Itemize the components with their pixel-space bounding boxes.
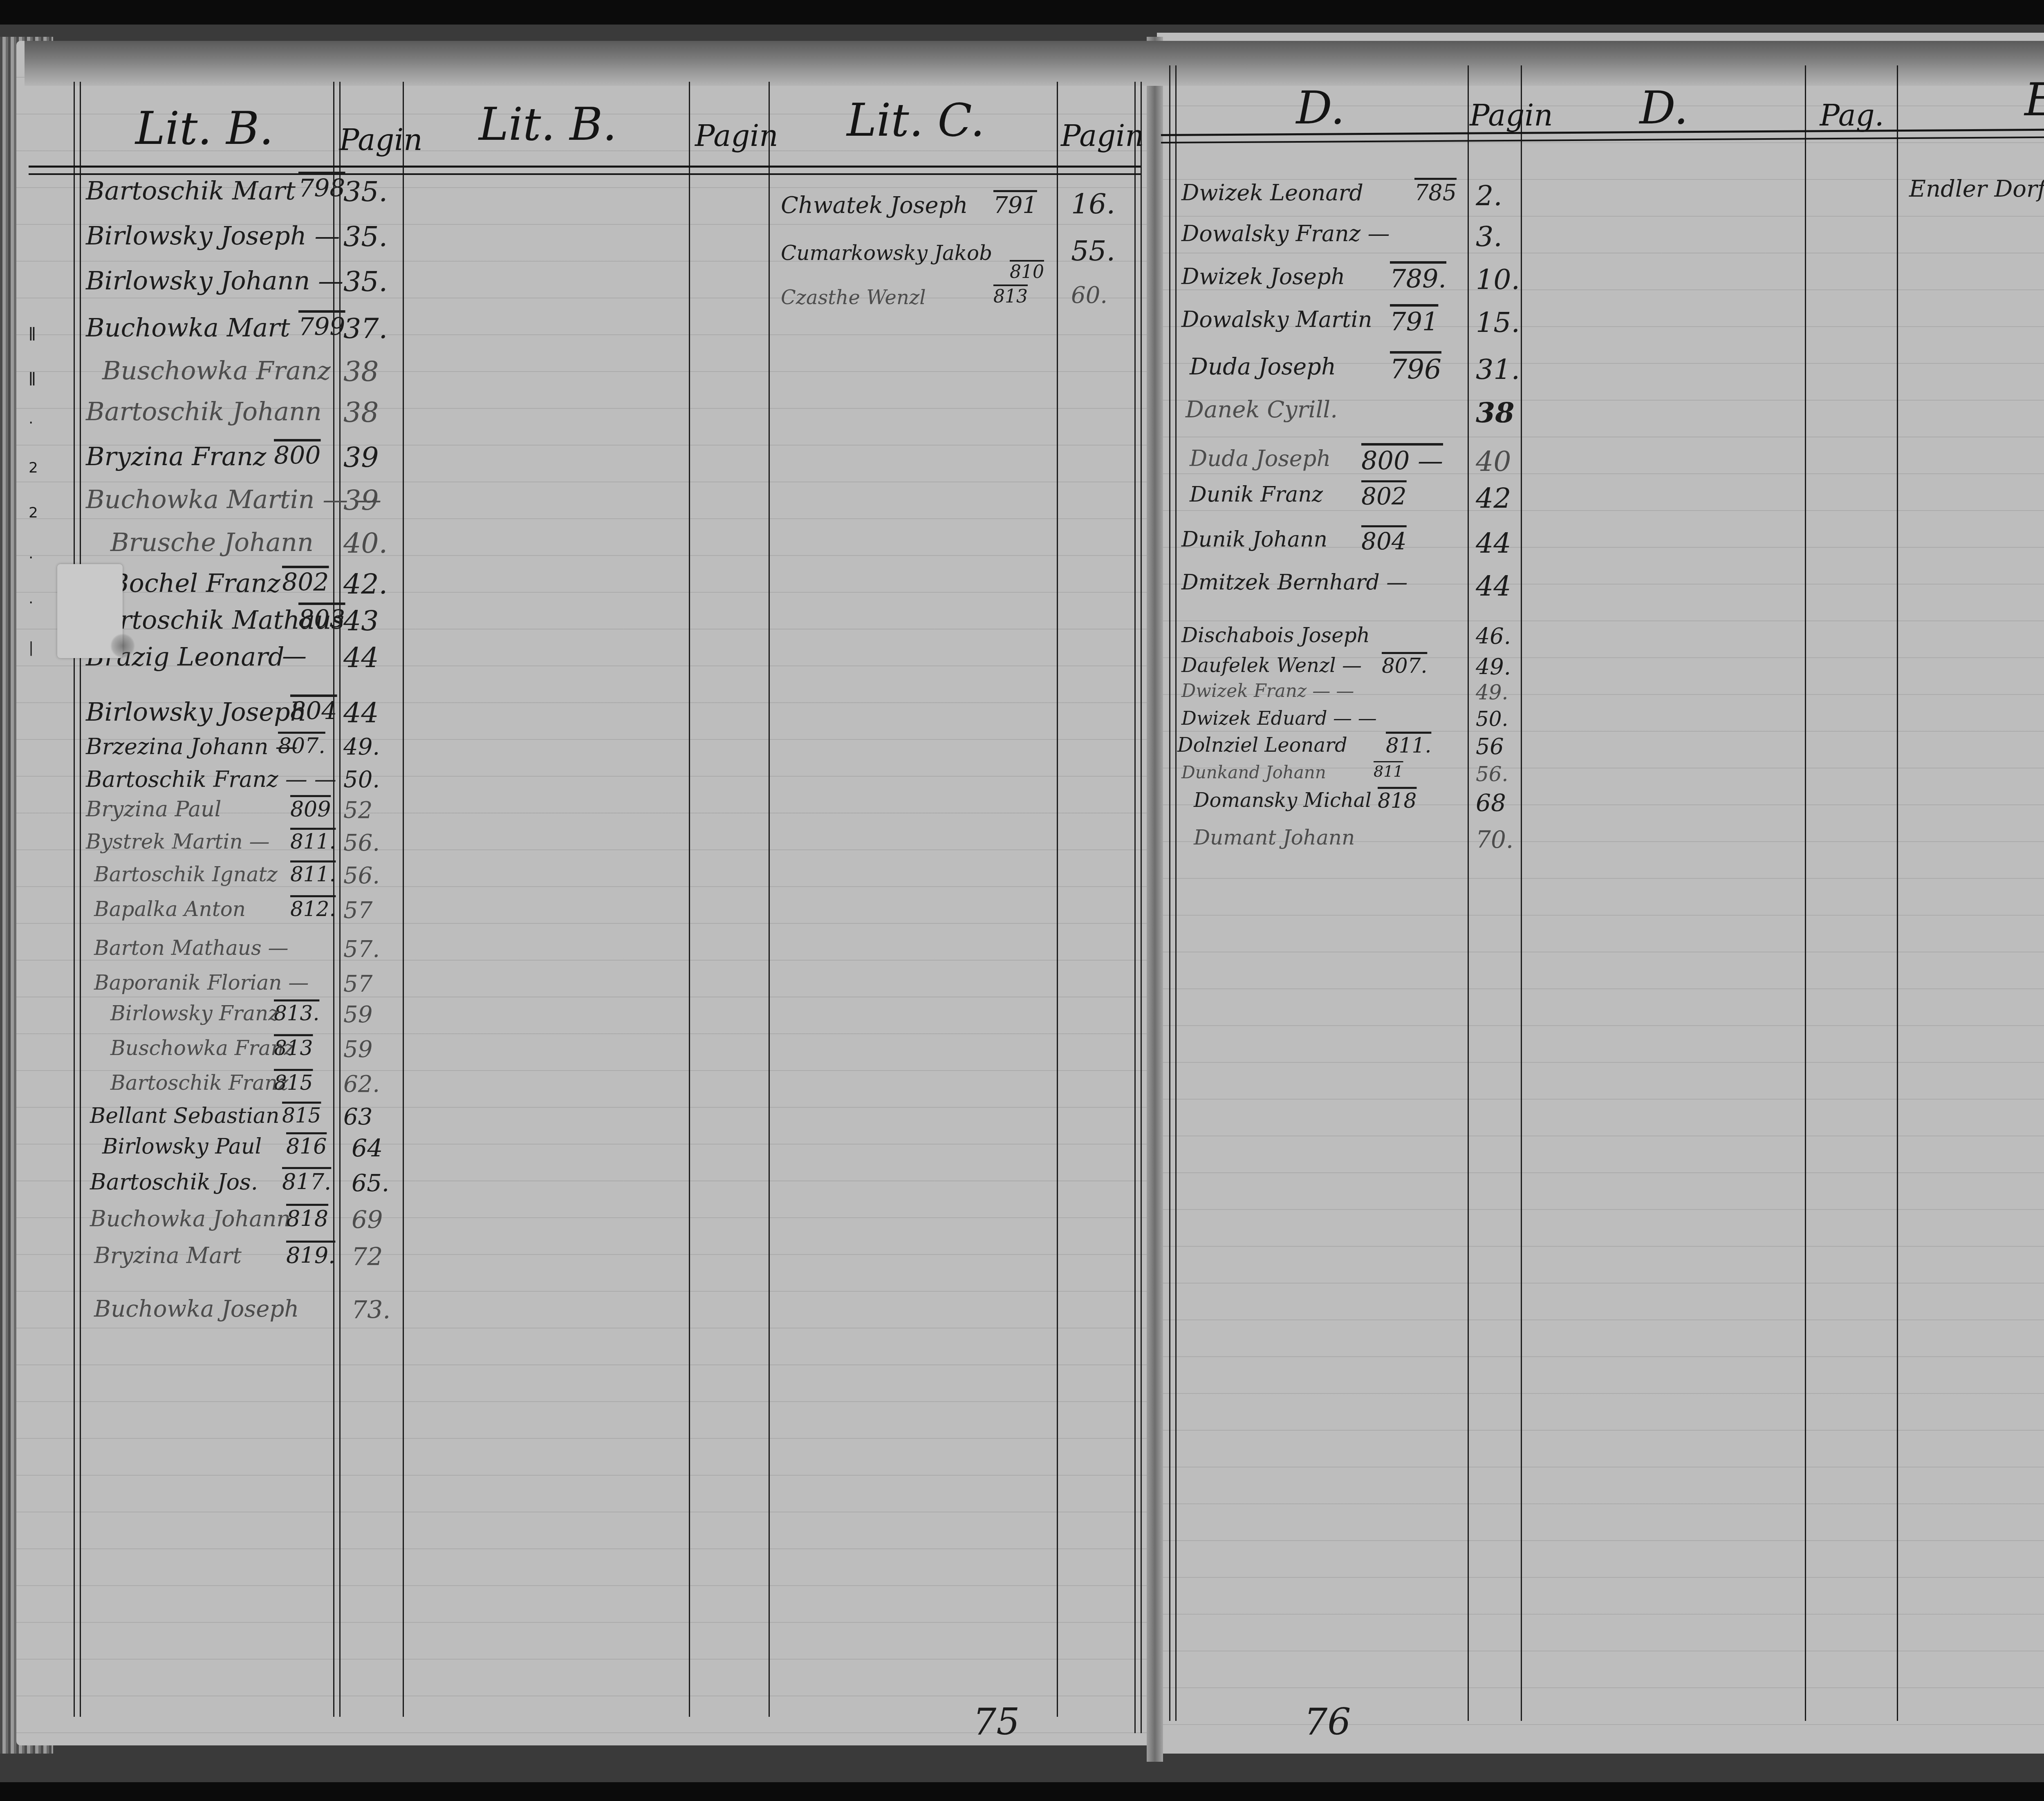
entry-b1-15: Bryzina Paul809 bbox=[86, 797, 221, 822]
pag-number: 43 bbox=[343, 605, 379, 637]
pag-number: 35. bbox=[343, 266, 388, 298]
entry-name: Brzezina Johann — bbox=[86, 734, 298, 759]
entry-d1-12: Dwizek Franz — — bbox=[1181, 681, 1354, 701]
pag-number: 49. bbox=[343, 734, 380, 760]
top-page-edge bbox=[25, 41, 2044, 86]
entry-b1-9: Bochel Franz802 bbox=[110, 568, 280, 598]
pag-number: 59 bbox=[343, 1036, 372, 1063]
entry-name: Birlowsky Joseph bbox=[86, 697, 307, 727]
pag-number: 40 bbox=[1476, 446, 1511, 478]
entry-d1-2: Dwizek Joseph789. bbox=[1181, 264, 1345, 289]
pag-number: 73. bbox=[352, 1296, 390, 1324]
pag-number: 52 bbox=[343, 797, 372, 824]
pag-number: 68 bbox=[1476, 789, 1506, 817]
rule-pag-c bbox=[769, 82, 770, 1717]
pag-number: 56 bbox=[1476, 734, 1504, 759]
header-pagin-4: Pagin bbox=[1470, 98, 1523, 132]
entry-d1-4: Duda Joseph796 bbox=[1190, 354, 1336, 380]
entry-year: 809 bbox=[290, 797, 331, 822]
entry-year: 813 bbox=[274, 1036, 313, 1060]
entry-name: Bystrek Martin — bbox=[86, 830, 270, 853]
entry-year: 804 bbox=[1361, 527, 1407, 555]
entry-c-0: Chwatek Joseph791 bbox=[781, 192, 968, 219]
rule-d2-pag bbox=[1805, 65, 1806, 1721]
entry-name: Buschowka Franz bbox=[102, 356, 331, 385]
entry-year: 799 bbox=[298, 313, 345, 341]
pag-number: 49. bbox=[1476, 654, 1511, 680]
pag-number: 56. bbox=[343, 830, 380, 856]
entry-year: 810 bbox=[1010, 262, 1044, 282]
ink-stain bbox=[110, 634, 135, 658]
pag-number: 35. bbox=[343, 176, 388, 208]
entry-name: Dumant Johann bbox=[1194, 826, 1355, 849]
entry-b1-26: Bartoschik Jos.817. bbox=[90, 1169, 258, 1195]
entry-name: Barton Mathaus — bbox=[94, 936, 289, 960]
entry-d1-13: Dwizek Eduard — — bbox=[1181, 707, 1377, 729]
entry-year: 791 bbox=[993, 192, 1037, 219]
entry-d1-10: Dischabois Joseph bbox=[1181, 623, 1370, 647]
header-e: E. bbox=[1901, 74, 2044, 126]
entry-name: Birlowsky Paul bbox=[102, 1134, 262, 1159]
entry-b1-23: Bartoschik Franz815 bbox=[110, 1071, 289, 1095]
entry-b1-21: Birlowsky Franz813. bbox=[110, 1001, 279, 1025]
entry-b1-14: Bartoschik Franz — — bbox=[86, 766, 336, 792]
entry-b1-24: Bellant Sebastian815 bbox=[90, 1104, 280, 1128]
entry-b1-4: Buschowka Franz bbox=[102, 356, 331, 385]
entry-name: Buchowka Joseph bbox=[94, 1296, 299, 1322]
header-lit-b-2: Lit. B. bbox=[409, 98, 687, 150]
entry-name: Dwizek Eduard — — bbox=[1181, 707, 1377, 729]
entry-name: Chwatek Joseph bbox=[781, 192, 968, 219]
right-page bbox=[1157, 33, 2044, 1754]
rule-pag-d2 bbox=[1521, 65, 1522, 1721]
pag-number: 44 bbox=[343, 697, 379, 729]
entry-name: Bartoschik Franz — — bbox=[86, 766, 336, 792]
entry-name: Buschowka Franz bbox=[110, 1036, 295, 1060]
entry-name: Danek Cyrill. bbox=[1186, 396, 1338, 423]
entry-name: Bapalka Anton bbox=[94, 897, 246, 921]
entry-name: Bartoschik Franz bbox=[110, 1071, 289, 1095]
entry-b1-5: Bartoschik Johann bbox=[86, 396, 322, 426]
header-lit-b-1: Lit. B. bbox=[82, 102, 327, 155]
pag-number: 44 bbox=[343, 642, 379, 674]
pag-number: 10. bbox=[1476, 264, 1520, 296]
entry-year: 811 bbox=[1374, 762, 1403, 780]
entry-b1-27: Buchowka Johann818 bbox=[90, 1206, 291, 1232]
pag-number: 16. bbox=[1071, 188, 1115, 220]
entry-year: 804 bbox=[290, 697, 337, 726]
entry-year: 819. bbox=[286, 1243, 335, 1268]
header-pag-5: Pag. bbox=[1807, 98, 1897, 132]
pag-number: 55. bbox=[1071, 235, 1115, 267]
left-header-rule bbox=[29, 166, 1141, 175]
entry-b1-1: Birlowsky Joseph — bbox=[86, 221, 340, 251]
entry-name: Bellant Sebastian bbox=[90, 1104, 280, 1128]
entry-d1-7: Dunik Franz802 bbox=[1190, 482, 1323, 507]
entry-name: Domansky Michal bbox=[1194, 789, 1372, 812]
pag-number: 15. bbox=[1476, 307, 1520, 339]
entry-year: 800 — bbox=[1361, 446, 1443, 475]
pag-number: 2. bbox=[1476, 180, 1502, 212]
pag-number: 69 bbox=[352, 1206, 383, 1234]
entry-name: Duda Joseph bbox=[1190, 354, 1336, 380]
entry-name: Buchowka Martin — — bbox=[86, 484, 381, 514]
pag-number: 65. bbox=[352, 1169, 389, 1197]
pag-number: 39 bbox=[343, 441, 379, 474]
entry-name: Buchowka Johann bbox=[90, 1206, 291, 1232]
entry-year: 785 bbox=[1414, 180, 1457, 206]
entry-year: 798 bbox=[298, 174, 345, 203]
entry-b1-28: Bryzina Mart819. bbox=[94, 1243, 242, 1268]
entry-b1-19: Barton Mathaus — bbox=[94, 936, 289, 960]
entry-b1-7: Buchowka Martin — — bbox=[86, 484, 381, 514]
pag-number: 70. bbox=[1476, 826, 1513, 853]
rule-right-margin bbox=[1169, 65, 1177, 1721]
rule-pag-e bbox=[1897, 65, 1898, 1721]
entry-year: 813 bbox=[993, 286, 1028, 307]
pag-number: 56. bbox=[1476, 762, 1508, 786]
entry-name: Bochel Franz bbox=[110, 568, 280, 598]
left-margin-marks: ǁǁ·22··| bbox=[29, 311, 45, 670]
entry-year: 802 bbox=[282, 568, 329, 597]
entry-b1-6: Bryzina Franz800 bbox=[86, 441, 267, 471]
entry-year: 803 bbox=[298, 605, 345, 634]
entry-name: Bryzina Mart bbox=[94, 1243, 242, 1268]
pag-number: 72 bbox=[352, 1243, 383, 1271]
entry-b1-20: Baporanik Florian — bbox=[94, 971, 309, 995]
entry-b1-13: Brzezina Johann —807. bbox=[86, 734, 298, 759]
entry-year: 816 bbox=[286, 1134, 327, 1159]
entry-name: Bartoschik Johann bbox=[86, 396, 322, 426]
entry-d1-15: Dunkand Johann811 bbox=[1181, 762, 1326, 782]
entry-name: Buchowka Mart bbox=[86, 313, 290, 343]
entry-name: Birlowsky Johann — bbox=[86, 266, 343, 296]
entry-b1-22: Buschowka Franz813 bbox=[110, 1036, 295, 1060]
pag-number: 46. bbox=[1476, 623, 1511, 649]
pag-number: 57 bbox=[343, 897, 372, 924]
pag-number: 49. bbox=[1476, 681, 1508, 704]
entry-d1-6: Duda Joseph800 — bbox=[1190, 446, 1331, 471]
entry-d1-5: Danek Cyrill. bbox=[1186, 396, 1338, 423]
entry-year: 800 bbox=[274, 441, 321, 470]
entry-b1-18: Bapalka Anton812. bbox=[94, 897, 246, 921]
entry-d1-14: Dolnziel Leonard811. bbox=[1177, 734, 1347, 757]
pag-number: 40. bbox=[343, 527, 388, 560]
entry-name: Daufelek Wenzl — bbox=[1181, 654, 1362, 677]
rule-left-margin bbox=[74, 82, 81, 1717]
entry-year: 807. bbox=[1382, 654, 1427, 678]
entry-name: Bartoschik Jos. bbox=[90, 1169, 258, 1195]
rule-d1-pag bbox=[1468, 65, 1469, 1721]
pag-number: 44 bbox=[1476, 570, 1511, 603]
entry-d1-17: Dumant Johann bbox=[1194, 826, 1355, 849]
rule-pag-b2 bbox=[403, 82, 404, 1717]
entry-c-1: Cumarkowsky Jakob810 bbox=[781, 241, 992, 265]
entry-b1-12: Birlowsky Joseph804 bbox=[86, 697, 307, 727]
header-pagin-2: Pagin bbox=[695, 119, 769, 153]
pag-number: 50. bbox=[343, 766, 380, 793]
entry-name: Bartoschik Ignatz bbox=[94, 862, 278, 886]
pag-number: 38 bbox=[343, 396, 379, 429]
header-d-1: D. bbox=[1177, 82, 1464, 134]
entry-name: Endler Dorf Jaks bbox=[1909, 176, 2044, 202]
header-d-2: D. bbox=[1525, 82, 1803, 134]
rule-left-page-end bbox=[1134, 82, 1142, 1733]
left-page bbox=[16, 41, 1153, 1745]
entry-b1-29: Buchowka Joseph bbox=[94, 1296, 299, 1322]
entry-year: 791 bbox=[1390, 307, 1438, 336]
pag-number: 38 bbox=[1476, 396, 1515, 429]
entry-year: 811. bbox=[1386, 734, 1431, 757]
entry-name: Dwizek Leonard bbox=[1181, 180, 1363, 206]
rule-c-pag bbox=[1057, 82, 1058, 1717]
header-pagin-1: Pagin bbox=[339, 123, 401, 157]
entry-year: 812. bbox=[290, 897, 336, 921]
entry-name: Birlowsky Franz bbox=[110, 1001, 279, 1025]
entry-d1-3: Dowalsky Martin791 bbox=[1181, 307, 1372, 332]
entry-year: 817. bbox=[282, 1169, 331, 1195]
pag-number: 57 bbox=[343, 971, 372, 997]
pag-number: 57. bbox=[343, 936, 380, 963]
entry-name: Dowalsky Franz — bbox=[1181, 221, 1390, 246]
pag-number: 62. bbox=[343, 1071, 380, 1098]
entry-d1-9: Dmitzek Bernhard — bbox=[1181, 570, 1407, 595]
entry-name: Dunkand Johann bbox=[1181, 762, 1326, 782]
pag-number: 59 bbox=[343, 1001, 372, 1028]
entry-name: Dmitzek Bernhard — bbox=[1181, 570, 1407, 595]
pag-number: 31. bbox=[1476, 354, 1520, 386]
entry-name: Bryzina Paul bbox=[86, 797, 221, 822]
entry-name: Dunik Johann bbox=[1181, 527, 1327, 552]
entry-b1-25: Birlowsky Paul816 bbox=[102, 1134, 262, 1159]
entry-name: Cumarkowsky Jakob bbox=[781, 241, 992, 265]
entry-year: 811. bbox=[290, 862, 336, 886]
entry-d1-16: Domansky Michal818 bbox=[1194, 789, 1372, 812]
entry-name: Dwizek Joseph bbox=[1181, 264, 1345, 289]
entry-name: Brusche Johann bbox=[110, 527, 314, 557]
entry-d1-8: Dunik Johann804 bbox=[1181, 527, 1327, 552]
entry-e-0: Endler Dorf Jaks bbox=[1909, 176, 2044, 202]
header-pagin-3: Pagin bbox=[1061, 119, 1134, 153]
pag-number: 3. bbox=[1476, 221, 1502, 253]
entry-name: Bartoschik Mart bbox=[86, 176, 296, 206]
entry-year: 807. bbox=[278, 734, 325, 758]
entry-year: — bbox=[282, 642, 307, 670]
entry-name: Dunik Franz bbox=[1190, 482, 1323, 507]
entry-b1-2: Birlowsky Johann — bbox=[86, 266, 343, 296]
entry-d1-11: Daufelek Wenzl —807. bbox=[1181, 654, 1362, 677]
entry-b1-17: Bartoschik Ignatz811. bbox=[94, 862, 278, 886]
rule-b2-pag bbox=[689, 82, 690, 1717]
entry-year: 818 bbox=[286, 1206, 328, 1232]
pag-number: 42 bbox=[1476, 482, 1511, 515]
entry-b1-0: Bartoschik Mart798 bbox=[86, 176, 296, 206]
entry-name: Dischabois Joseph bbox=[1181, 623, 1370, 647]
entry-year: 818 bbox=[1378, 789, 1416, 813]
pag-number: 56. bbox=[343, 862, 380, 889]
entry-b1-16: Bystrek Martin —811. bbox=[86, 830, 270, 853]
pag-number: 63 bbox=[343, 1104, 372, 1130]
pag-number: 60. bbox=[1071, 282, 1107, 309]
entry-name: Czasthe Wenzl bbox=[781, 286, 926, 309]
entry-year: 813. bbox=[274, 1001, 319, 1025]
entry-year: 811. bbox=[290, 830, 336, 853]
entry-name: Dwizek Franz — — bbox=[1181, 681, 1354, 701]
entry-name: Birlowsky Joseph — bbox=[86, 221, 340, 251]
header-lit-c: Lit. C. bbox=[777, 94, 1055, 146]
pag-number: 50. bbox=[1476, 707, 1508, 731]
entry-d1-0: Dwizek Leonard785 bbox=[1181, 180, 1363, 206]
entry-b1-3: Buchowka Mart799 bbox=[86, 313, 290, 343]
entry-name: Dowalsky Martin bbox=[1181, 307, 1372, 332]
pag-number: 42. bbox=[343, 568, 388, 600]
pag-number: 64 bbox=[352, 1134, 383, 1163]
entry-b1-10: Bartoschik Mathaus803 bbox=[86, 605, 344, 635]
entry-b1-8: Brusche Johann bbox=[110, 527, 314, 557]
pag-number: 37. bbox=[343, 313, 388, 345]
pag-number: 35. bbox=[343, 221, 388, 253]
entry-d1-1: Dowalsky Franz — bbox=[1181, 221, 1390, 246]
entry-year: 815 bbox=[274, 1071, 313, 1095]
entry-name: Dolnziel Leonard bbox=[1177, 734, 1347, 757]
pag-number: 39 bbox=[343, 484, 379, 517]
entry-name: Duda Joseph bbox=[1190, 446, 1331, 471]
entry-year: 815 bbox=[282, 1104, 321, 1127]
entry-year: 796 bbox=[1390, 354, 1441, 385]
entry-year: 802 bbox=[1361, 482, 1407, 510]
folio-number-left: 75 bbox=[973, 1700, 1020, 1743]
book-gutter bbox=[1147, 37, 1163, 1762]
pag-number: 38 bbox=[343, 356, 379, 388]
folio-number-right: 76 bbox=[1304, 1700, 1351, 1743]
pag-number: 44 bbox=[1476, 527, 1511, 560]
entry-c-2: Czasthe Wenzl813 bbox=[781, 286, 926, 309]
entry-name: Baporanik Florian — bbox=[94, 971, 309, 995]
entry-year: 789. bbox=[1390, 264, 1446, 293]
entry-name: Bryzina Franz bbox=[86, 441, 267, 471]
